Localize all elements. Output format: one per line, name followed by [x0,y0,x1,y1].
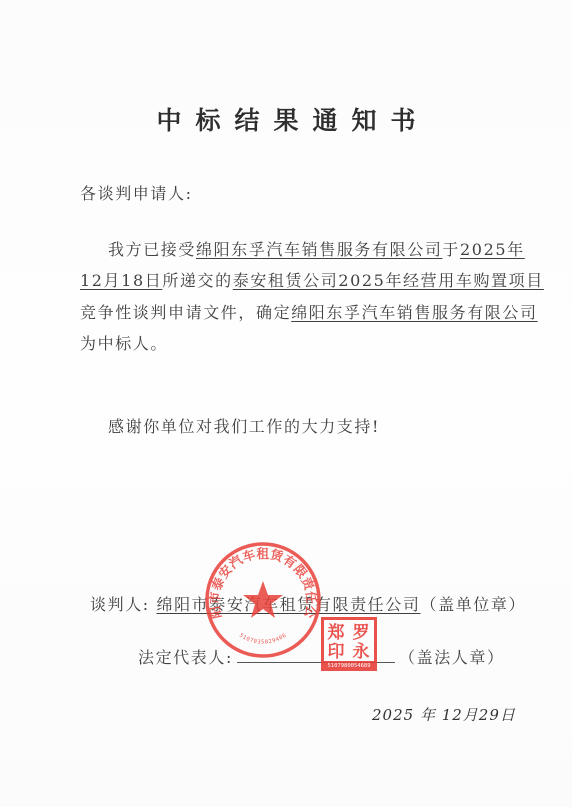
document-page: 中标结果通知书 各谈判申请人: 我方已接受绵阳东孚汽车销售服务有限公司于2025… [0,0,572,807]
body-line-2: 12月18日所递交的泰安租赁公司2025年经营用车购置项目 [80,268,544,291]
document-title: 中标结果通知书 [0,101,572,137]
handwritten-date: 2025 年 12月29日 [372,704,516,725]
winning-company: 绵阳东孚汽车销售服务有限公司 [291,303,537,322]
submission-date: 12月18日 [80,271,162,290]
salutation: 各谈判申请人: [80,181,193,204]
svg-text:印: 印 [328,641,345,662]
winning-company: 绵阳东孚汽车销售服务有限公司 [196,240,442,259]
company-seal-icon: 绵阳市泰安汽车租赁有限责任公司 5107035029406 [204,541,322,659]
negotiator-note: （盖单位章） [421,595,527,614]
body-line-3: 竞争性谈判申请文件，确定绵阳东孚汽车销售服务有限公司 [80,300,538,323]
svg-text:5107980054689: 5107980054689 [327,663,370,669]
body-text: 所递交的 [162,271,232,290]
body-text: 于 [442,240,460,259]
svg-text:罗: 罗 [353,622,370,643]
svg-text:永: 永 [353,642,370,662]
negotiator-label: 谈判人: [90,595,150,614]
body-text: 竞争性谈判申请文件，确定 [80,303,291,322]
body-line-1: 我方已接受绵阳东孚汽车销售服务有限公司于2025年 [108,237,525,260]
project-name: 泰安租赁公司2025年经营用车购置项目 [233,271,544,290]
svg-text:郑: 郑 [327,622,345,643]
thanks-text: 感谢你单位对我们工作的大力支持! [108,414,380,437]
svg-text:5107035029406: 5107035029406 [238,633,288,646]
body-line-4: 为中标人。 [80,331,168,354]
legal-rep-note: （盖法人章） [399,648,505,667]
body-text: 我方已接受 [108,240,196,259]
submission-year: 2025年 [460,240,525,259]
personal-seal-icon: 郑 罗 印 永 5107980054689 [321,617,377,671]
